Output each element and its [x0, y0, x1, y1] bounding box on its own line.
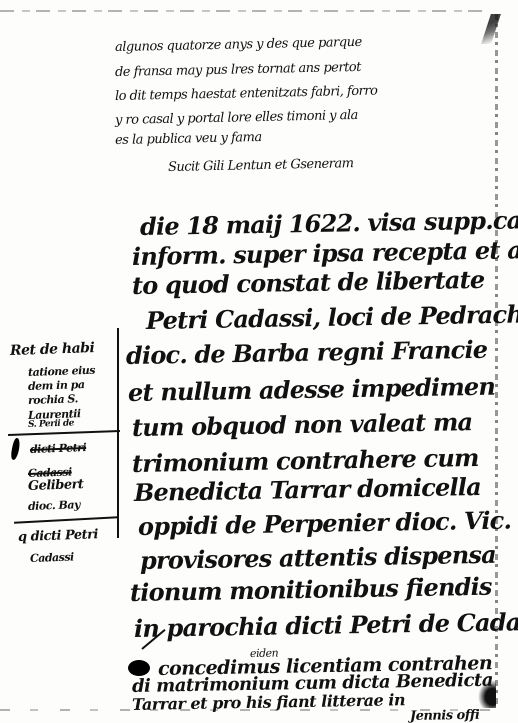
- entry-line: dioc. de Barba regni Francie: [126, 335, 488, 370]
- header-line: y ro casal y portal lore elles timoni y …: [115, 108, 358, 128]
- margin-line: dioc. Bay: [28, 498, 80, 513]
- header-line: de fransa may pus lres tornat ans pertot: [115, 60, 361, 80]
- margin-line: rochia S.: [28, 392, 78, 407]
- header-line: lo dit temps haestat entenitzats fabri, …: [115, 84, 378, 104]
- margin-rule-vertical: [117, 328, 119, 538]
- margin-line: S. Perii de: [28, 418, 74, 430]
- entry-line: to quod constat de libertate: [132, 265, 485, 300]
- entry-line: et nullum adesse impedimen: [128, 372, 496, 407]
- manuscript-page: algunos quatorze anys y des que parque d…: [0, 0, 518, 723]
- header-signature: Sucit Gili Lentun et Gseneram: [168, 156, 354, 175]
- margin-rule-horizontal: [8, 430, 120, 436]
- header-line: algunos quatorze anys y des que parque: [115, 35, 362, 55]
- paper-edge-top: [0, 10, 488, 12]
- margin-line: Cadassi: [30, 550, 74, 565]
- ink-blot: [10, 438, 21, 461]
- margin-line: Ret de habi: [10, 340, 95, 359]
- paper-edge-right: [495, 14, 498, 704]
- header-line: es la publica veu y fama: [115, 130, 262, 148]
- entry-line: provisores attentis dispensa: [140, 540, 496, 575]
- ink-blot: [128, 660, 150, 676]
- margin-line: tatione eius: [28, 364, 95, 379]
- entry-line: in parochia dicti Petri de Cadassi: [134, 607, 518, 643]
- entry-closing: Jennis offi: [410, 708, 480, 723]
- entry-line: oppidi de Perpenier dioc. Vic.: [138, 505, 512, 541]
- margin-line: dem in pa: [28, 378, 85, 393]
- margin-line: q dicti Petri: [18, 527, 99, 545]
- entry-line: Benedicta Tarrar domicella: [134, 472, 481, 507]
- entry-line: tum obquod non valeat ma: [132, 407, 473, 442]
- entry-line: Petri Cadassi, loci de Pedrach: [146, 299, 518, 335]
- margin-line-struck: dicti Petri: [30, 441, 87, 456]
- margin-rule-horizontal: [14, 516, 118, 523]
- margin-line: Gelibert: [28, 477, 84, 494]
- entry-line: tionum monitionibus fiendis: [130, 572, 492, 607]
